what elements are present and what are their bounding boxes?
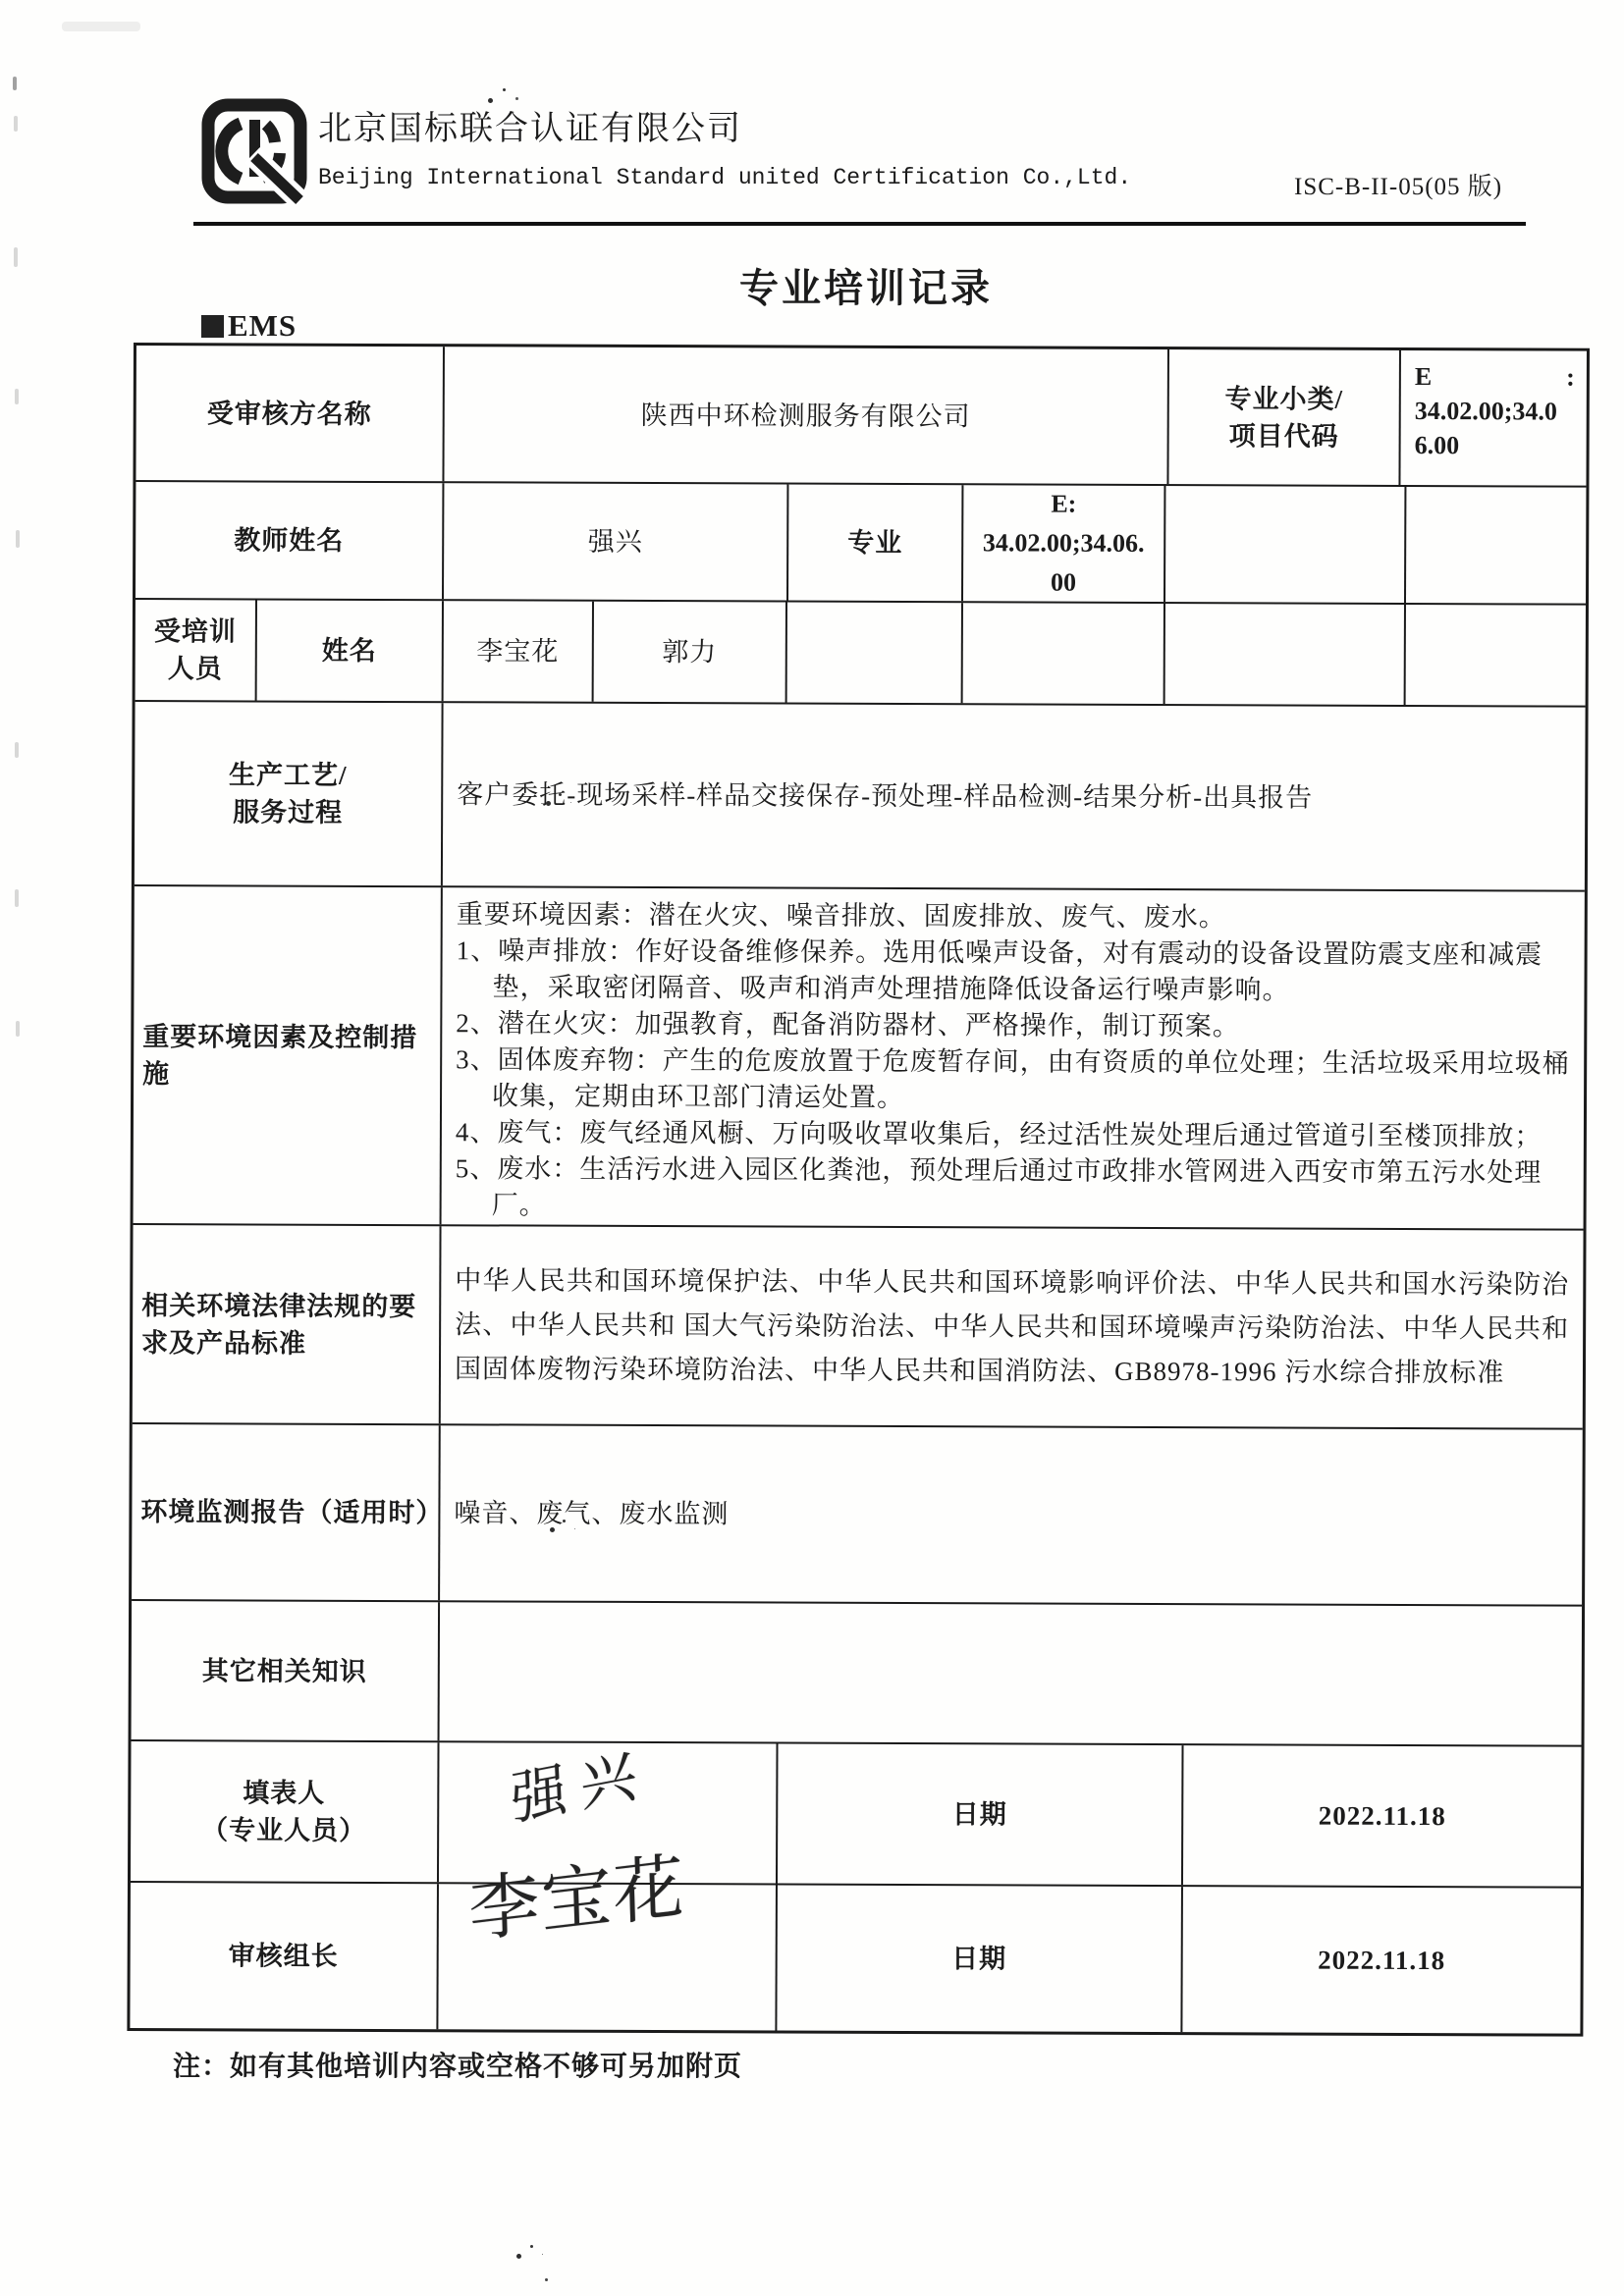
trainee-empty-cell-1 <box>787 603 963 704</box>
monitoring-value: 噪音、废气、废水监测 <box>440 1425 1583 1604</box>
auditor-date: 2022.11.18 <box>1182 1887 1581 2034</box>
teacher-name: 强兴 <box>444 483 788 600</box>
env-factor-item-1: 1、噪声排放：作好设备维修保养。选用低噪声设备，对有震动的设备设置防震支座和减震… <box>456 933 1570 1009</box>
logo-right-arc <box>266 125 275 142</box>
auditee-code-number: 34.02.00;34.06.00 <box>1415 394 1575 463</box>
filler-label-line1: 填表人 <box>243 1774 325 1811</box>
env-factor-item-2: 2、潜在火灾：加强教育，配备消防器材、严格操作，制订预案。 <box>456 1005 1240 1044</box>
document-code: ISC-B-II-05(05 版) <box>1294 167 1502 202</box>
regulations-text: 中华人民共和国环境保护法、中华人民共和国环境影响评价法、中华人民共和国水污染防治… <box>455 1258 1570 1395</box>
trainee-name-1: 李宝花 <box>444 601 594 702</box>
scan-artifact <box>16 1021 20 1037</box>
other-knowledge-value <box>440 1602 1583 1744</box>
auditee-value: 陕西中环检测服务有限公司 <box>444 347 1169 484</box>
scan-artifact <box>13 77 17 90</box>
teacher-empty-cell-2 <box>1406 487 1586 604</box>
trainees-field-label: 姓名 <box>257 600 444 701</box>
footnote: 注：如有其他培训内容或空格不够可另加附页 <box>173 2045 742 2084</box>
env-factor-item-4: 4、废气：废气经通风橱、万向吸收罩收集后，经过活性炭处理后通过管道引至楼顶排放； <box>456 1114 1543 1154</box>
company-name-cn: 北京国标联合认证有限公司 <box>318 110 1131 149</box>
auditor-signature-cell: 李宝花 <box>438 1884 778 2030</box>
teacher-major-code-line1: E: <box>1051 485 1076 524</box>
other-knowledge-label: 其它相关知识 <box>132 1601 441 1740</box>
env-factor-item-3: 3、固体废弃物：产生的危废放置于危废暂存间，由有资质的单位处理；生活垃圾采用垃圾… <box>456 1041 1570 1118</box>
row-other-knowledge: 其它相关知识 <box>132 1601 1583 1747</box>
teacher-major-code-line2: 34.02.00;34.06.00 <box>979 523 1148 603</box>
scan-artifact <box>14 247 18 267</box>
scan-artifact <box>15 889 19 907</box>
company-name-en: Beijing International Standard united Ce… <box>318 163 1131 192</box>
env-factors-label: 重要环境因素及控制措施 <box>134 886 443 1224</box>
ems-tag: EMS <box>201 308 297 344</box>
auditee-code-label: 专业小类/ 项目代码 <box>1168 349 1401 485</box>
auditee-code-value: E : 34.02.00;34.06.00 <box>1400 350 1587 486</box>
scan-artifact <box>15 742 19 758</box>
trainee-empty-cell-4 <box>1406 605 1586 706</box>
row-env-factors: 重要环境因素及控制措施 重要环境因素：潜在火灾、噪音排放、固废排放、废气、废水。… <box>134 886 1585 1231</box>
auditee-code-label-line2: 项目代码 <box>1229 417 1339 454</box>
filler-date-label: 日期 <box>778 1744 1184 1886</box>
scan-artifact <box>516 2254 521 2259</box>
ems-label: EMS <box>228 308 297 344</box>
trainee-empty-cell-2 <box>963 603 1165 704</box>
process-label-line1: 生产工艺/ <box>229 756 348 793</box>
env-factors-content: 重要环境因素：潜在火灾、噪音排放、固废排放、废气、废水。 1、噪声排放：作好设备… <box>442 887 1585 1228</box>
row-teacher: 教师姓名 强兴 专业 E: 34.02.00;34.06.00 <box>135 482 1586 606</box>
filler-signature: 强兴 <box>511 1755 651 1819</box>
page-title: 专业培训记录 <box>739 257 993 313</box>
env-factor-item-5: 5、废水：生活污水进入园区化粪池，预处理后通过市政排水管网进入西安市第五污水处理… <box>456 1150 1570 1227</box>
auditee-code-line1: E : <box>1415 359 1575 395</box>
regulations-label: 相关环境法律法规的要求及产品标准 <box>133 1225 442 1423</box>
row-regulations: 相关环境法律法规的要求及产品标准 中华人民共和国环境保护法、中华人民共和国环境影… <box>133 1225 1584 1430</box>
teacher-empty-cell-1 <box>1165 486 1406 603</box>
process-label-line2: 服务过程 <box>233 793 343 830</box>
trainees-group-label: 受培训 人员 <box>135 600 257 700</box>
certification-logo <box>201 98 307 204</box>
company-block: 北京国标联合认证有限公司 Beijing International Stand… <box>318 110 1131 192</box>
scan-artifact <box>14 116 18 132</box>
filler-date: 2022.11.18 <box>1183 1745 1582 1887</box>
auditee-code-label-line1: 专业小类/ <box>1224 380 1343 417</box>
row-process: 生产工艺/ 服务过程 客户委托-现场采样-样品交接保存-预处理-样品检测-结果分… <box>135 702 1586 892</box>
scan-artifact <box>15 389 19 404</box>
auditor-label: 审核组长 <box>130 1883 439 2029</box>
env-factors-intro: 重要环境因素：潜在火灾、噪音排放、固废排放、废气、废水。 <box>457 896 1226 935</box>
process-label: 生产工艺/ 服务过程 <box>135 702 444 885</box>
teacher-major-label: 专业 <box>788 485 963 602</box>
row-auditee: 受审核方名称 陕西中环检测服务有限公司 专业小类/ 项目代码 E : 34.02… <box>135 346 1587 488</box>
header-rule <box>193 222 1526 226</box>
trainees-group-label-line1: 受培训 <box>154 613 237 650</box>
auditee-code-letter: E <box>1415 359 1432 394</box>
trainee-empty-cell-3 <box>1165 604 1406 705</box>
auditor-signature: 李宝花 <box>468 1868 686 1931</box>
scanned-training-record-page: 北京国标联合认证有限公司 Beijing International Stand… <box>0 0 1624 2296</box>
regulations-content: 中华人民共和国环境保护法、中华人民共和国环境影响评价法、中华人民共和国水污染防治… <box>441 1226 1584 1427</box>
logo-left-arc <box>222 124 241 179</box>
filler-label-line2: （专业人员） <box>201 1811 366 1849</box>
scan-artifact <box>16 530 20 548</box>
row-trainees: 受培训 人员 姓名 李宝花 郭力 <box>135 600 1586 708</box>
black-square-icon <box>201 315 224 338</box>
auditor-date-label: 日期 <box>777 1886 1183 2033</box>
trainee-name-2: 郭力 <box>594 602 787 703</box>
monitoring-label: 环境监测报告（适用时） <box>132 1424 441 1600</box>
training-record-table: 受审核方名称 陕西中环检测服务有限公司 专业小类/ 项目代码 E : 34.02… <box>127 343 1590 2037</box>
scan-artifact <box>62 22 140 31</box>
row-filler: 填表人 （专业人员） 强兴 日期 2022.11.18 <box>131 1741 1582 1889</box>
teacher-label: 教师姓名 <box>135 482 444 599</box>
auditee-code-colon: : <box>1566 360 1575 395</box>
row-auditor: 审核组长 李宝花 日期 2022.11.18 <box>130 1883 1581 2034</box>
auditee-label: 受审核方名称 <box>135 346 445 481</box>
process-value: 客户委托-现场采样-样品交接保存-预处理-样品检测-结果分析-出具报告 <box>443 703 1586 889</box>
teacher-major-code: E: 34.02.00;34.06.00 <box>963 485 1165 602</box>
trainees-group-label-line2: 人员 <box>168 650 223 687</box>
row-monitoring: 环境监测报告（适用时） 噪音、废气、废水监测 <box>132 1424 1583 1607</box>
scan-artifact <box>488 98 493 103</box>
filler-label: 填表人 （专业人员） <box>131 1741 440 1882</box>
